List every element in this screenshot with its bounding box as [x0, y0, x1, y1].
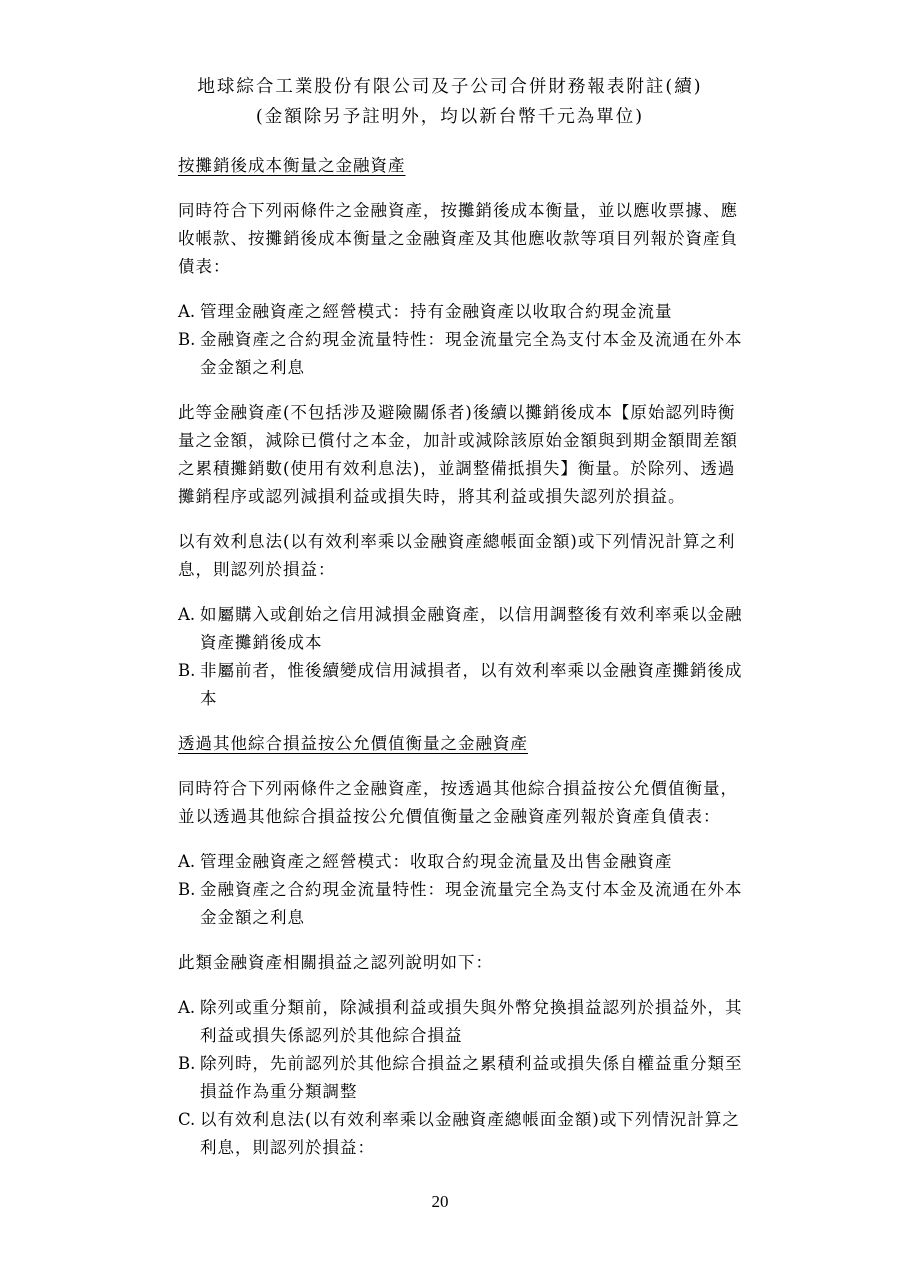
list-item-label: B. [178, 1050, 200, 1106]
list-item-line: 利益或損失係認列於其他綜合損益 [200, 1022, 784, 1050]
paragraph-line: 以有效利息法(以有效利率乘以金融資產總帳面金額)或下列情況計算之利 [178, 528, 784, 556]
paragraph-line: 量之金額，減除已償付之本金，加計或減除該原始金額與到期金額間差額 [178, 427, 784, 455]
paragraph: 此類金融資產相關損益之認列說明如下： [178, 949, 784, 977]
list-item-label: B. [178, 876, 200, 932]
list-item-label: B. [178, 657, 200, 713]
list-item-label: A. [178, 848, 200, 876]
report-title: 地球綜合工業股份有限公司及子公司合併財務報表附註(續) [0, 72, 900, 102]
list-item-line: 金融資產之合約現金流量特性：現金流量完全為支付本金及流通在外本 [200, 876, 784, 904]
list-item-line: 金金額之利息 [200, 354, 784, 382]
list-item-label: C. [178, 1106, 200, 1162]
list-item-text: 非屬前者，惟後續變成信用減損者，以有效利率乘以金融資產攤銷後成本 [200, 657, 784, 713]
lettered-list: A.管理金融資產之經營模式：收取合約現金流量及出售金融資產B.金融資產之合約現金… [178, 848, 784, 932]
paragraph: 以有效利息法(以有效利率乘以金融資產總帳面金額)或下列情況計算之利息，則認列於損… [178, 528, 784, 584]
list-item-label: A. [178, 994, 200, 1050]
list-item-text: 金融資產之合約現金流量特性：現金流量完全為支付本金及流通在外本金金額之利息 [200, 876, 784, 932]
document-header: 地球綜合工業股份有限公司及子公司合併財務報表附註(續) (金額除另予註明外，均以… [0, 72, 900, 132]
list-item-label: B. [178, 326, 200, 382]
paragraph-line: 息，則認列於損益： [178, 556, 784, 584]
paragraph-line: 收帳款、按攤銷後成本衡量之金融資產及其他應收款等項目列報於資產負 [178, 225, 784, 253]
document-page: 地球綜合工業股份有限公司及子公司合併財務報表附註(續) (金額除另予註明外，均以… [0, 0, 900, 1273]
list-item-label: A. [178, 298, 200, 326]
paragraph: 同時符合下列兩條件之金融資產，按透過其他綜合損益按公允價值衡量，並以透過其他綜合… [178, 775, 784, 831]
list-item-line: 非屬前者，惟後續變成信用減損者，以有效利率乘以金融資產攤銷後成 [200, 657, 784, 685]
list-item: A.除列或重分類前，除減損利益或損失與外幣兌換損益認列於損益外，其利益或損失係認… [178, 994, 784, 1050]
paragraph-line: 同時符合下列兩條件之金融資產，按透過其他綜合損益按公允價值衡量， [178, 775, 784, 803]
paragraph-line: 攤銷程序或認列減損利益或損失時，將其利益或損失認列於損益。 [178, 483, 784, 511]
paragraph: 同時符合下列兩條件之金融資產，按攤銷後成本衡量，並以應收票據、應收帳款、按攤銷後… [178, 197, 784, 281]
list-item: A.管理金融資產之經營模式：持有金融資產以收取合約現金流量 [178, 298, 784, 326]
list-item-line: 金融資產之合約現金流量特性：現金流量完全為支付本金及流通在外本 [200, 326, 784, 354]
list-item-line: 本 [200, 685, 784, 713]
list-item: B.金融資產之合約現金流量特性：現金流量完全為支付本金及流通在外本金金額之利息 [178, 326, 784, 382]
paragraph: 此等金融資產(不包括涉及避險關係者)後續以攤銷後成本【原始認列時衡量之金額，減除… [178, 399, 784, 511]
paragraph-line: 並以透過其他綜合損益按公允價值衡量之金融資產列報於資產負債表： [178, 803, 784, 831]
list-item-text: 如屬購入或創始之信用減損金融資產，以信用調整後有效利率乘以金融資產攤銷後成本 [200, 601, 784, 657]
lettered-list: A.除列或重分類前，除減損利益或損失與外幣兌換損益認列於損益外，其利益或損失係認… [178, 994, 784, 1162]
list-item-text: 除列時，先前認列於其他綜合損益之累積利益或損失係自權益重分類至損益作為重分類調整 [200, 1050, 784, 1106]
list-item: A.管理金融資產之經營模式：收取合約現金流量及出售金融資產 [178, 848, 784, 876]
list-item-line: 以有效利息法(以有效利率乘以金融資產總帳面金額)或下列情況計算之 [200, 1106, 784, 1134]
list-item: B.除列時，先前認列於其他綜合損益之累積利益或損失係自權益重分類至損益作為重分類… [178, 1050, 784, 1106]
section-heading: 透過其他綜合損益按公允價值衡量之金融資產 [178, 730, 784, 758]
document-body: 按攤銷後成本衡量之金融資產同時符合下列兩條件之金融資產，按攤銷後成本衡量，並以應… [178, 152, 784, 1179]
paragraph-line: 債表： [178, 253, 784, 281]
list-item-line: 利息，則認列於損益： [200, 1134, 784, 1162]
list-item-line: 金金額之利息 [200, 904, 784, 932]
report-subtitle: (金額除另予註明外，均以新台幣千元為單位) [0, 102, 900, 132]
list-item-line: 損益作為重分類調整 [200, 1078, 784, 1106]
list-item: B.金融資產之合約現金流量特性：現金流量完全為支付本金及流通在外本金金額之利息 [178, 876, 784, 932]
paragraph-line: 之累積攤銷數(使用有效利息法)，並調整備抵損失】衡量。於除列、透過 [178, 455, 784, 483]
list-item-line: 除列時，先前認列於其他綜合損益之累積利益或損失係自權益重分類至 [200, 1050, 784, 1078]
section-heading: 按攤銷後成本衡量之金融資產 [178, 152, 784, 180]
list-item-text: 管理金融資產之經營模式：收取合約現金流量及出售金融資產 [200, 848, 784, 876]
list-item-text: 除列或重分類前，除減損利益或損失與外幣兌換損益認列於損益外，其利益或損失係認列於… [200, 994, 784, 1050]
list-item-line: 資產攤銷後成本 [200, 629, 784, 657]
list-item: A.如屬購入或創始之信用減損金融資產，以信用調整後有效利率乘以金融資產攤銷後成本 [178, 601, 784, 657]
list-item: C.以有效利息法(以有效利率乘以金融資產總帳面金額)或下列情況計算之利息，則認列… [178, 1106, 784, 1162]
list-item-line: 管理金融資產之經營模式：持有金融資產以收取合約現金流量 [200, 298, 784, 326]
list-item-text: 管理金融資產之經營模式：持有金融資產以收取合約現金流量 [200, 298, 784, 326]
list-item-line: 如屬購入或創始之信用減損金融資產，以信用調整後有效利率乘以金融 [200, 601, 784, 629]
paragraph-line: 此等金融資產(不包括涉及避險關係者)後續以攤銷後成本【原始認列時衡 [178, 399, 784, 427]
list-item-text: 以有效利息法(以有效利率乘以金融資產總帳面金額)或下列情況計算之利息，則認列於損… [200, 1106, 784, 1162]
paragraph-line: 此類金融資產相關損益之認列說明如下： [178, 949, 784, 977]
list-item: B.非屬前者，惟後續變成信用減損者，以有效利率乘以金融資產攤銷後成本 [178, 657, 784, 713]
page-number: 20 [0, 1192, 880, 1212]
list-item-line: 管理金融資產之經營模式：收取合約現金流量及出售金融資產 [200, 848, 784, 876]
lettered-list: A.如屬購入或創始之信用減損金融資產，以信用調整後有效利率乘以金融資產攤銷後成本… [178, 601, 784, 713]
lettered-list: A.管理金融資產之經營模式：持有金融資產以收取合約現金流量B.金融資產之合約現金… [178, 298, 784, 382]
list-item-text: 金融資產之合約現金流量特性：現金流量完全為支付本金及流通在外本金金額之利息 [200, 326, 784, 382]
paragraph-line: 同時符合下列兩條件之金融資產，按攤銷後成本衡量，並以應收票據、應 [178, 197, 784, 225]
list-item-line: 除列或重分類前，除減損利益或損失與外幣兌換損益認列於損益外，其 [200, 994, 784, 1022]
list-item-label: A. [178, 601, 200, 657]
